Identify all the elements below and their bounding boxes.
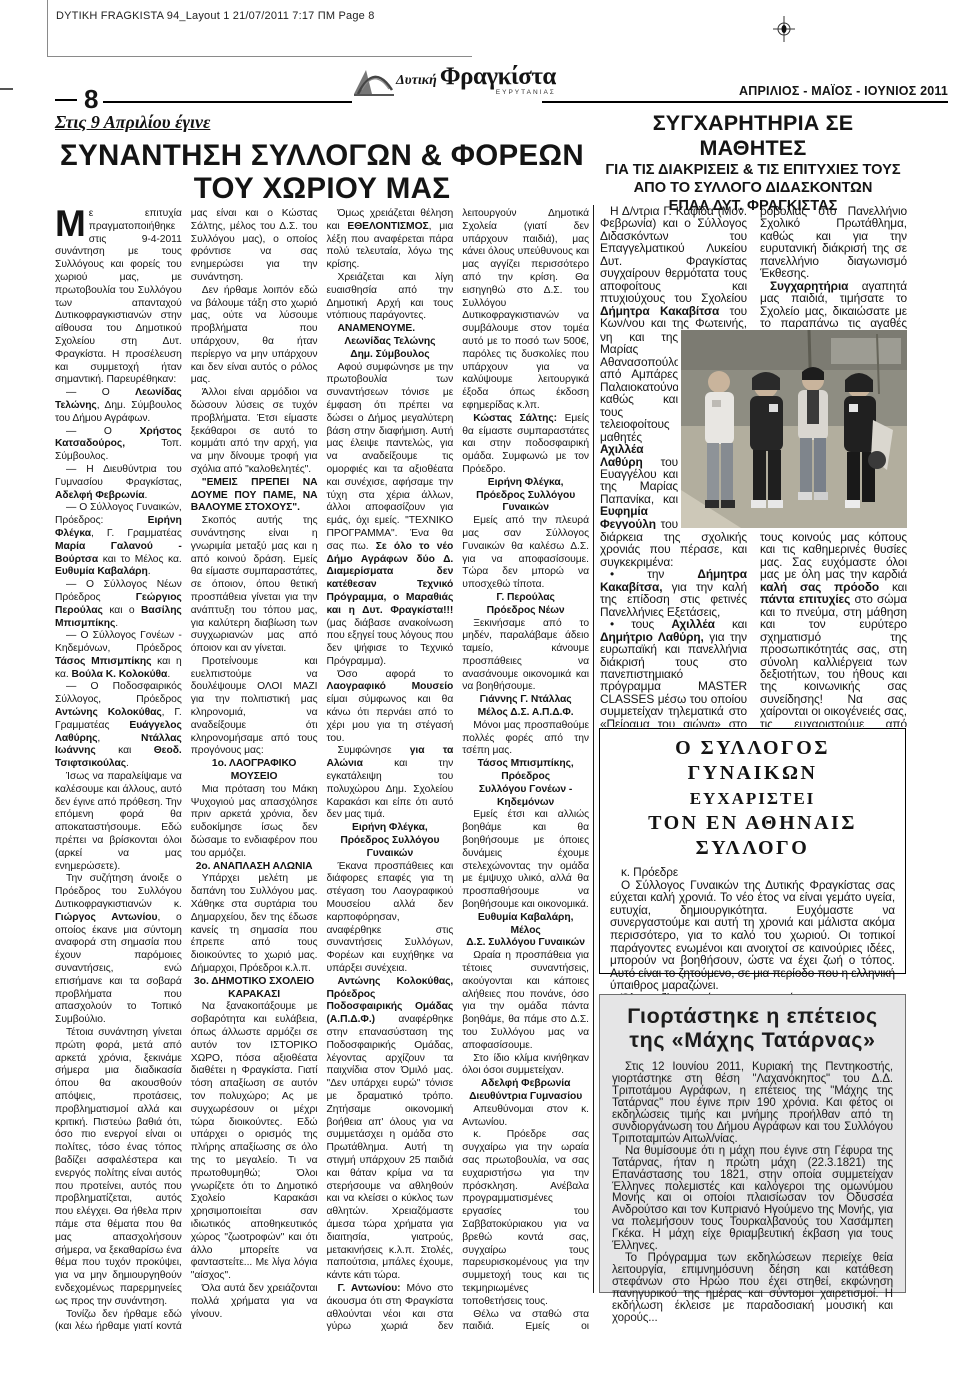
sidebar-text-right-top: ροβολίας στο Πανελλήνιο Σχολικό Πρωτάθλη… [760,205,907,329]
main-headline: ΣΥΝΑΝΤΗΣΗ ΣΥΛΛΟΓΩΝ & ΦΟΡΕΩΝ ΤΟΥ ΧΩΡΙΟΥ Μ… [55,139,589,205]
article-paragraph: Απευθύνομαι στον κ. Αντωνίου. [462,1104,589,1130]
women-box-heading-line2: ΕΥΧΑΡΙΣΤΕΙ [610,786,895,811]
article-heading: Τάσος Μπισμπίκης, ΠρόεδροςΣυλλόγου Γονέω… [462,758,589,809]
logo-subtitle: ΕΥΡΥΤΑΝΙΑΣ [396,90,556,97]
tatarna-box-body: Στις 12 Ιουνίου 2011, Κυριακή της Πεντηκ… [612,1062,893,1325]
article-heading: 2ο. ΑΝΑΠΛΑΣΗ ΑΛΩΝΙΑ [191,861,318,874]
article-paragraph: Ίσως να παραλείψαμε να καλέσουμε και άλλ… [55,771,182,873]
article-heading: 1ο. ΛΑΟΓΡΑΦΙΚΟ ΜΟΥΣΕΙΟ [191,758,318,784]
article-paragraph: Χρειάζεται και λίγη ευαισθησία από την Δ… [327,272,454,323]
logo-prefix: Δυτική [396,74,437,88]
sidebar-text-right-bottom: τους κοινούς μας κόπους και τις καθημερι… [760,531,907,727]
article-paragraph: ΑΝΑΜΕΝΟΥΜΕ. [327,323,454,336]
article-paragraph: Το Πρόγραμμα των εκδηλώσεων περιείχε θεί… [612,1253,893,1325]
sidebar-headline-line3: ΑΠΟ ΤΟ ΣΥΛΛΟΓΟ ΔΙΔΑΣΚΟΝΤΩΝ [598,179,908,197]
article-paragraph: — Ο Σύλλογος Γυναικών, Πρόεδρος: Ειρήνη … [55,502,182,579]
article-paragraph: Ο Σύλλογος Γυναικών της Δυτικής Φραγκίστ… [610,879,895,992]
students-group-photo [681,330,907,528]
print-frame-horizontal [47,56,472,57]
article-paragraph: Όμως χρειάζεται θέληση και ΕΘΕΛΟΝΤΙΣΜΟΣ,… [327,208,454,272]
print-header: DYTIKH FRAGKISTA 94_Layout 1 21/07/2011 … [56,10,375,22]
article-paragraph: Συμφώνησε για τα Αλώνια και την εγκατάλε… [327,745,454,822]
article-paragraph: Εμείς έτσι και αλλιώς βοηθάμε και θα βοη… [462,809,589,911]
article-paragraph: κ. Πρόεδρε [610,866,895,879]
bridge-icon [352,60,396,105]
article-paragraph: — Ο Χρήστος Κατσαδούρος, Τοπ. Σύμβουλος. [55,426,182,464]
women-box-heading-line3: ΤΟΝ ΕΝ ΑΘΗΝΑΙΣ ΣΥΛΛΟΓΟ [610,811,895,861]
article-paragraph: Ξεκινήσαμε από το μηδέν, παραλάβαμε άδει… [462,618,589,695]
article-paragraph: Στις 12 Ιουνίου 2011, Κυριακή της Πεντηκ… [612,1062,893,1146]
article-heading: Ειρήνη Φλέγκα,Πρόεδρος Συλλόγου Γυναικών [327,822,454,860]
article-heading: Ειρήνη Φλέγκα,Πρόεδρος Συλλόγου Γυναικών [462,477,589,515]
newspaper-page: DYTIKH FRAGKISTA 94_Layout 1 21/07/2011 … [0,0,960,1395]
article-paragraph: Έκανα προσπάθειες και διάφορες επαφές γι… [327,861,454,976]
newspaper-logo: Δυτική Φραγκίστα ΕΥΡΥΤΑΝΙΑΣ [352,60,542,104]
logo-title: Φραγκίστα [440,64,556,89]
tatarna-box-heading: Γιορτάστηκε η επέτειος της «Μάχης Τατάρν… [612,1004,893,1052]
article-paragraph: Αφού συμφώνησε με την πρωτοβουλία των συ… [327,362,454,669]
article-paragraph: Με επιτυχία πραγματοποιήθηκε στις 9-4-20… [55,208,182,387]
tatarna-heading-line2: της «Μάχης Τατάρνας» [612,1028,893,1052]
crop-mark [0,88,13,90]
kicker: Στις 9 Απριλίου έγινε [55,112,210,133]
article-paragraph: Τέτοια συνάντηση γίνεται πρώτη φορά, μετ… [55,1027,182,1309]
article-paragraph: τους κοινούς μας κόπους και τις καθημερι… [760,531,907,727]
sidebar-text-left-top: Η Δ/ντρια Γ. Καφίδα (Μον. Φεβρωνία) και … [600,205,747,329]
women-association-box: Ο ΣΥΛΛΟΓΟΣ ΓΥΝΑΙΚΩΝ ΕΥΧΑΡΙΣΤΕΙ ΤΟΝ ΕΝ ΑΘ… [599,728,906,974]
article-paragraph: διάρκεια της σχολικής χρονιάς που πέρασε… [600,531,747,568]
article-paragraph: Δεν ήρθαμε λοιπόν εδώ να βάλουμε τάξη στ… [191,285,318,387]
women-box-heading-line1: Ο ΣΥΛΛΟΓΟΣ ΓΥΝΑΙΚΩΝ [610,736,895,786]
column-divider [593,205,594,1293]
article-paragraph: • τους Αχιλλέα και Δημήτριο Λαθύρη, για … [600,618,747,727]
women-box-heading: Ο ΣΥΛΛΟΓΟΣ ΓΥΝΑΙΚΩΝ ΕΥΧΑΡΙΣΤΕΙ ΤΟΝ ΕΝ ΑΘ… [610,736,895,861]
article-paragraph: Αντώνης Κολοκύθας, Πρόεδρος Ποδοσφαιρική… [327,976,454,1283]
article-paragraph: — Η Διευθύντρια του Γυμνασίου Φραγκίστας… [55,464,182,502]
article-paragraph: Την συζήτηση άνοιξε ο Πρόεδρος του Συλλό… [55,873,182,1027]
article-paragraph: Στο ίδιο κλίμα κινήθηκαν όλοι όσοι συμμε… [462,1053,589,1079]
main-headline-line2: ΤΟΥ ΧΩΡΙΟΥ ΜΑΣ [55,172,589,205]
article-paragraph: Άλλοι είναι αρμόδιοι να δώσουν λύσεις σε… [191,387,318,477]
article-paragraph: κ. Πρόεδρε σας συγχαίρω για την ωραία σα… [462,1129,589,1308]
tatarna-box: Γιορτάστηκε η επέτειος της «Μάχης Τατάρν… [599,994,906,1293]
tatarna-heading-line1: Γιορτάστηκε η επέτειος [612,1004,893,1028]
issue-date: ΑΠΡΙΛΙΟΣ - ΜΑΪΟΣ - ΙΟΥΝΙΟΣ 2011 [739,84,948,98]
article-paragraph: Η Δ/ντρια Γ. Καφίδα (Μον. Φεβρωνία) και … [600,205,747,329]
article-paragraph: Να ξανακοιτάξουμε με σοβαρότητα και ευλά… [191,1001,318,1283]
main-headline-line1: ΣΥΝΑΝΤΗΣΗ ΣΥΛΛΟΓΩΝ & ΦΟΡΕΩΝ [55,139,589,172]
drop-cap: Μ [55,208,89,237]
article-paragraph: Κώστας Σάλτης: Εμείς θα είμαστε συμπαρασ… [462,413,589,477]
sidebar-text-left-mid: νη και της Μαρίας Αθανασοπούλου από Αμπά… [600,331,678,529]
article-heading: Γ. ΠερούλαςΠρόεδρος Νέων [462,592,589,618]
article-heading: Ευθυμία Καβαλάρη, ΜέλοςΔ.Σ. Συλλόγου Γυν… [462,912,589,950]
page-number-dash [55,99,77,101]
article-heading: Αδελφή ΦεβρωνίαΔιευθύντρια Γυμνασίου [462,1078,589,1104]
article-paragraph: Εμείς από την πλευρά μας σαν Σύλλογος Γυ… [462,515,589,592]
article-heading: Λεωνίδας ΤελώνηςΔημ. Σύμβουλος [327,336,454,362]
article-paragraph: Να θυμίσουμε ότι η μάχη που έγινε στη Γέ… [612,1146,893,1254]
article-heading: Γιάννης Γ. ΝτάλλαςΜέλος Δ.Σ. Α.Π.Δ.Φ. [462,694,589,720]
sidebar-headline-line2: ΓΙΑ ΤΙΣ ΔΙΑΚΡΙΣΕΙΣ & ΤΙΣ ΕΠΙΤΥΧΙΕΣ ΤΟΥΣ [598,161,908,179]
article-paragraph: — Ο Σύλλογος Γονέων - Κηδεμόνων, Πρόεδρο… [55,630,182,681]
article-paragraph: • την Δήμητρα Κακαβίτσα, για την καλή τη… [600,568,747,618]
sidebar-headline-line1: ΣΥΓΧΑΡΗΤΗΡΙΑ ΣΕ ΜΑΘΗΤΕΣ [598,111,908,161]
article-paragraph: Όσο αφορά το Λαογραφικό Μουσείο είμαι σύ… [327,669,454,746]
article-paragraph: Σκοπός αυτής της συνάντησης είναι η γνωρ… [191,515,318,656]
article-paragraph: Μια πρόταση του Μάκη Ψυχογιού μας απασχό… [191,784,318,861]
article-paragraph: — Ο Ποδοσφαιρικός Σύλλογος, Πρόεδρος Αντ… [55,681,182,771]
registration-mark-icon [773,16,795,47]
article-paragraph: "ΕΜΕΙΣ ΠΡΕΠΕΙ ΝΑ ΔΟΥΜΕ ΠΟΥ ΠΑΜΕ, ΝΑ ΒΑΛΟ… [191,477,318,515]
main-article-columns: Με επιτυχία πραγματοποιήθηκε στις 9-4-20… [55,208,589,1340]
article-paragraph: Προτείνουμε και ευελπιστούμε να δουλέψου… [191,656,318,758]
print-frame-vertical [47,0,48,56]
article-heading: 3ο. ΔΗΜΟΤΙΚΟ ΣΧΟΛΕΙΟΚΑΡΑΚΑΣΙ [191,976,318,1002]
article-paragraph: — Ο Σύλλογος Νέων Πρόεδρος Γεώργιος Περο… [55,579,182,630]
sidebar-text-left-bottom: διάρκεια της σχολικής χρονιάς που πέρασε… [600,531,747,727]
article-paragraph: Όλα αυτά δεν χρειάζονται πολλά χρήματα γ… [191,1283,318,1321]
page-number: 8 [84,84,98,115]
article-paragraph: Μόνοι μας προσπαθούμε πολλές φορές από τ… [462,720,589,758]
sidebar-headline: ΣΥΓΧΑΡΗΤΗΡΙΑ ΣΕ ΜΑΘΗΤΕΣ ΓΙΑ ΤΙΣ ΔΙΑΚΡΙΣΕ… [598,111,908,215]
article-paragraph: Υπάρχει μελέτη με δαπάνη του Συλλόγου μα… [191,873,318,975]
article-paragraph: ροβολίας στο Πανελλήνιο Σχολικό Πρωτάθλη… [760,205,907,280]
article-paragraph: — Ο Λεωνίδας Τελώνης, Δημ. Σύμβουλος του… [55,387,182,425]
article-paragraph: Συγχαρητήρια αγαπητά μας παιδιά, τιμήσατ… [760,280,907,329]
article-paragraph: νη και της Μαρίας Αθανασοπούλου από Αμπά… [600,331,678,529]
article-paragraph: Ωραία η προσπάθεια για τέτοιες συναντήσε… [462,950,589,1052]
